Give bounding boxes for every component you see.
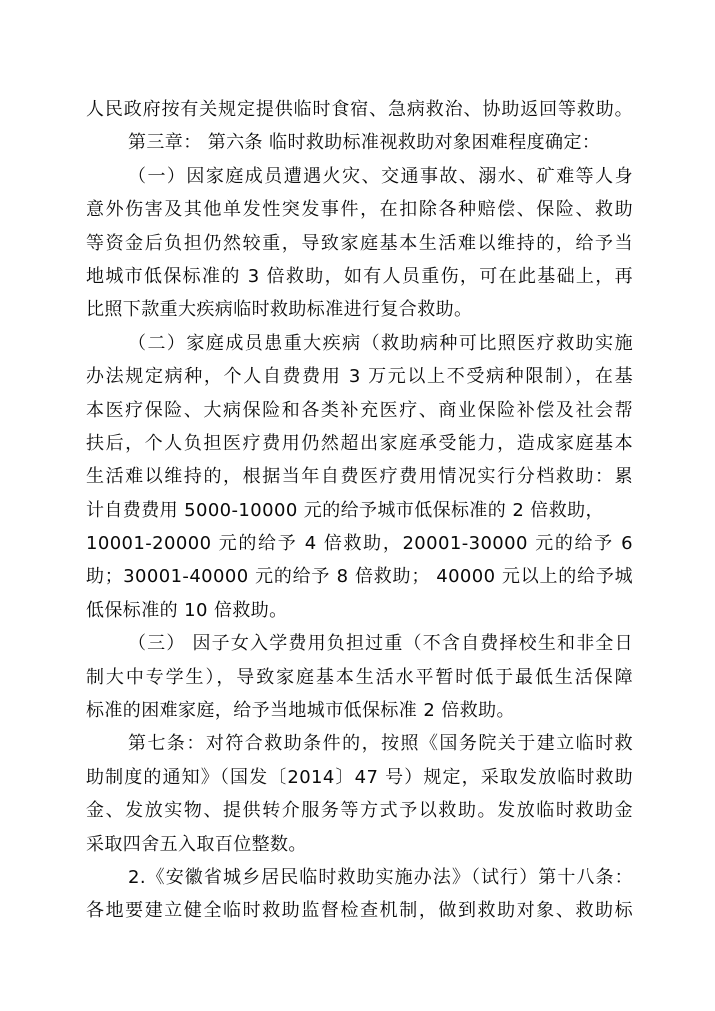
text-line: 等资金后负担仍然较重，导致家庭基本生活难以维持的，给予当 [86,227,633,260]
paragraph: （二）家庭成员患重大疾病（救助病种可比照医疗救助实施办法规定病种，个人自费费用 … [86,327,633,628]
text-line: （二）家庭成员患重大疾病（救助病种可比照医疗救助实施 [86,327,633,360]
text-line: 本医疗保险、大病保险和各类补充医疗、商业保险补偿及社会帮 [86,394,633,427]
text-line: 制大中专学生），导致家庭基本生活水平暂时低于最低生活保障 [86,661,633,694]
text-line: 助制度的通知》（国发〔2014〕47 号）规定，采取发放临时救助 [86,761,633,794]
text-line: 第三章： 第六条 临时救助标准视救助对象困难程度确定： [86,126,633,159]
text-line: 比照下款重大疾病临时救助标准进行复合救助。 [86,293,633,326]
paragraph: 人民政府按有关规定提供临时食宿、急病救治、协助返回等救助。 [86,93,633,126]
text-line: 扶后，个人负担医疗费用仍然超出家庭承受能力，造成家庭基本 [86,427,633,460]
text-line: 金、发放实物、提供转介服务等方式予以救助。发放临时救助金 [86,794,633,827]
text-line: 标准的困难家庭，给予当地城市低保标准 2 倍救助。 [86,694,633,727]
text-line: 10001-20000 元的给予 4 倍救助，20001-30000 元的给予 … [86,527,633,560]
paragraph: 第七条：对符合救助条件的，按照《国务院关于建立临时救助制度的通知》（国发〔201… [86,727,633,861]
text-line: （三） 因子女入学费用负担过重（不含自费择校生和非全日 [86,627,633,660]
text-line: 低保标准的 10 倍救助。 [86,594,633,627]
document-body: 人民政府按有关规定提供临时食宿、急病救治、协助返回等救助。第三章： 第六条 临时… [86,93,633,928]
text-line: 各地要建立健全临时救助监督检查机制，做到救助对象、救助标 [86,894,633,927]
text-line: 助；30001-40000 元的给予 8 倍救助； 40000 元以上的给予城市 [86,560,633,593]
text-line: 地城市低保标准的 3 倍救助，如有人员重伤，可在此基础上，再 [86,260,633,293]
text-line: 生活难以维持的，根据当年自费医疗费用情况实行分档救助：累 [86,460,633,493]
text-line: 意外伤害及其他单发性突发事件，在扣除各种赔偿、保险、救助 [86,193,633,226]
document-page: 人民政府按有关规定提供临时食宿、急病救治、协助返回等救助。第三章： 第六条 临时… [0,0,715,1011]
text-line: 计自费费用 5000-10000 元的给予城市低保标准的 2 倍救助， [86,494,633,527]
paragraph: （三） 因子女入学费用负担过重（不含自费择校生和非全日制大中专学生），导致家庭基… [86,627,633,727]
text-line: 采取四舍五入取百位整数。 [86,828,633,861]
paragraph: 2.《安徽省城乡居民临时救助实施办法》（试行）第十八条：各地要建立健全临时救助监… [86,861,633,928]
paragraph: 第三章： 第六条 临时救助标准视救助对象困难程度确定： [86,126,633,159]
text-line: 办法规定病种，个人自费费用 3 万元以上不受病种限制），在基 [86,360,633,393]
text-line: 人民政府按有关规定提供临时食宿、急病救治、协助返回等救助。 [86,93,633,126]
text-line: 第七条：对符合救助条件的，按照《国务院关于建立临时救 [86,727,633,760]
paragraph: （一）因家庭成员遭遇火灾、交通事故、溺水、矿难等人身意外伤害及其他单发性突发事件… [86,160,633,327]
text-line: 2.《安徽省城乡居民临时救助实施办法》（试行）第十八条： [86,861,633,894]
text-line: （一）因家庭成员遭遇火灾、交通事故、溺水、矿难等人身 [86,160,633,193]
